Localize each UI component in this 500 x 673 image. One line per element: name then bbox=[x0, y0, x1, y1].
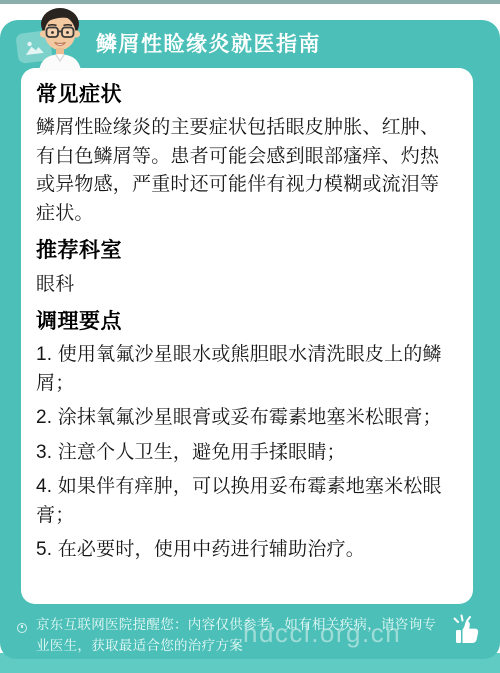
thumbs-up-glyph bbox=[449, 612, 487, 650]
care-item-4: 4. 如果伴有痒肿，可以换用妥布霉素地塞米松眼膏； bbox=[36, 473, 458, 530]
content-card: 常见症状 鳞屑性睑缘炎的主要症状包括眼皮肿胀、红肿、有白色鳞屑等。患者可能会感到… bbox=[21, 68, 473, 604]
section-heading-care: 调理要点 bbox=[36, 309, 458, 335]
guide-card: 鳞屑性睑缘炎就医指南 常见症状 鳞屑性睑缘炎的主要症状包括眼皮肿胀、红肿、有白色… bbox=[0, 20, 500, 659]
department-value: 眼科 bbox=[36, 271, 458, 300]
header: 鳞屑性睑缘炎就医指南 bbox=[0, 20, 500, 68]
circle-icon bbox=[17, 623, 27, 633]
doctor-avatar-glyph bbox=[28, 3, 92, 71]
doctor-avatar bbox=[28, 3, 92, 71]
care-item-3: 3. 注意个人卫生，避免用手揉眼睛； bbox=[36, 439, 458, 468]
watermark: hdccl.org.cn bbox=[243, 618, 401, 649]
section-heading-symptoms: 常见症状 bbox=[36, 82, 458, 108]
section-heading-department: 推荐科室 bbox=[36, 238, 458, 264]
thumbs-up-icon[interactable] bbox=[449, 612, 487, 650]
page-title: 鳞屑性睑缘炎就医指南 bbox=[96, 20, 321, 68]
care-item-2: 2. 涂抹氧氟沙星眼膏或妥布霉素地塞米松眼膏； bbox=[36, 404, 458, 433]
care-item-5: 5. 在必要时，使用中药进行辅助治疗。 bbox=[36, 536, 458, 565]
symptoms-text: 鳞屑性睑缘炎的主要症状包括眼皮肿胀、红肿、有白色鳞屑等。患者可能会感到眼部瘙痒、… bbox=[36, 114, 458, 228]
care-item-1: 1. 使用氧氟沙星眼水或熊胆眼水清洗眼皮上的鳞屑； bbox=[36, 341, 458, 398]
